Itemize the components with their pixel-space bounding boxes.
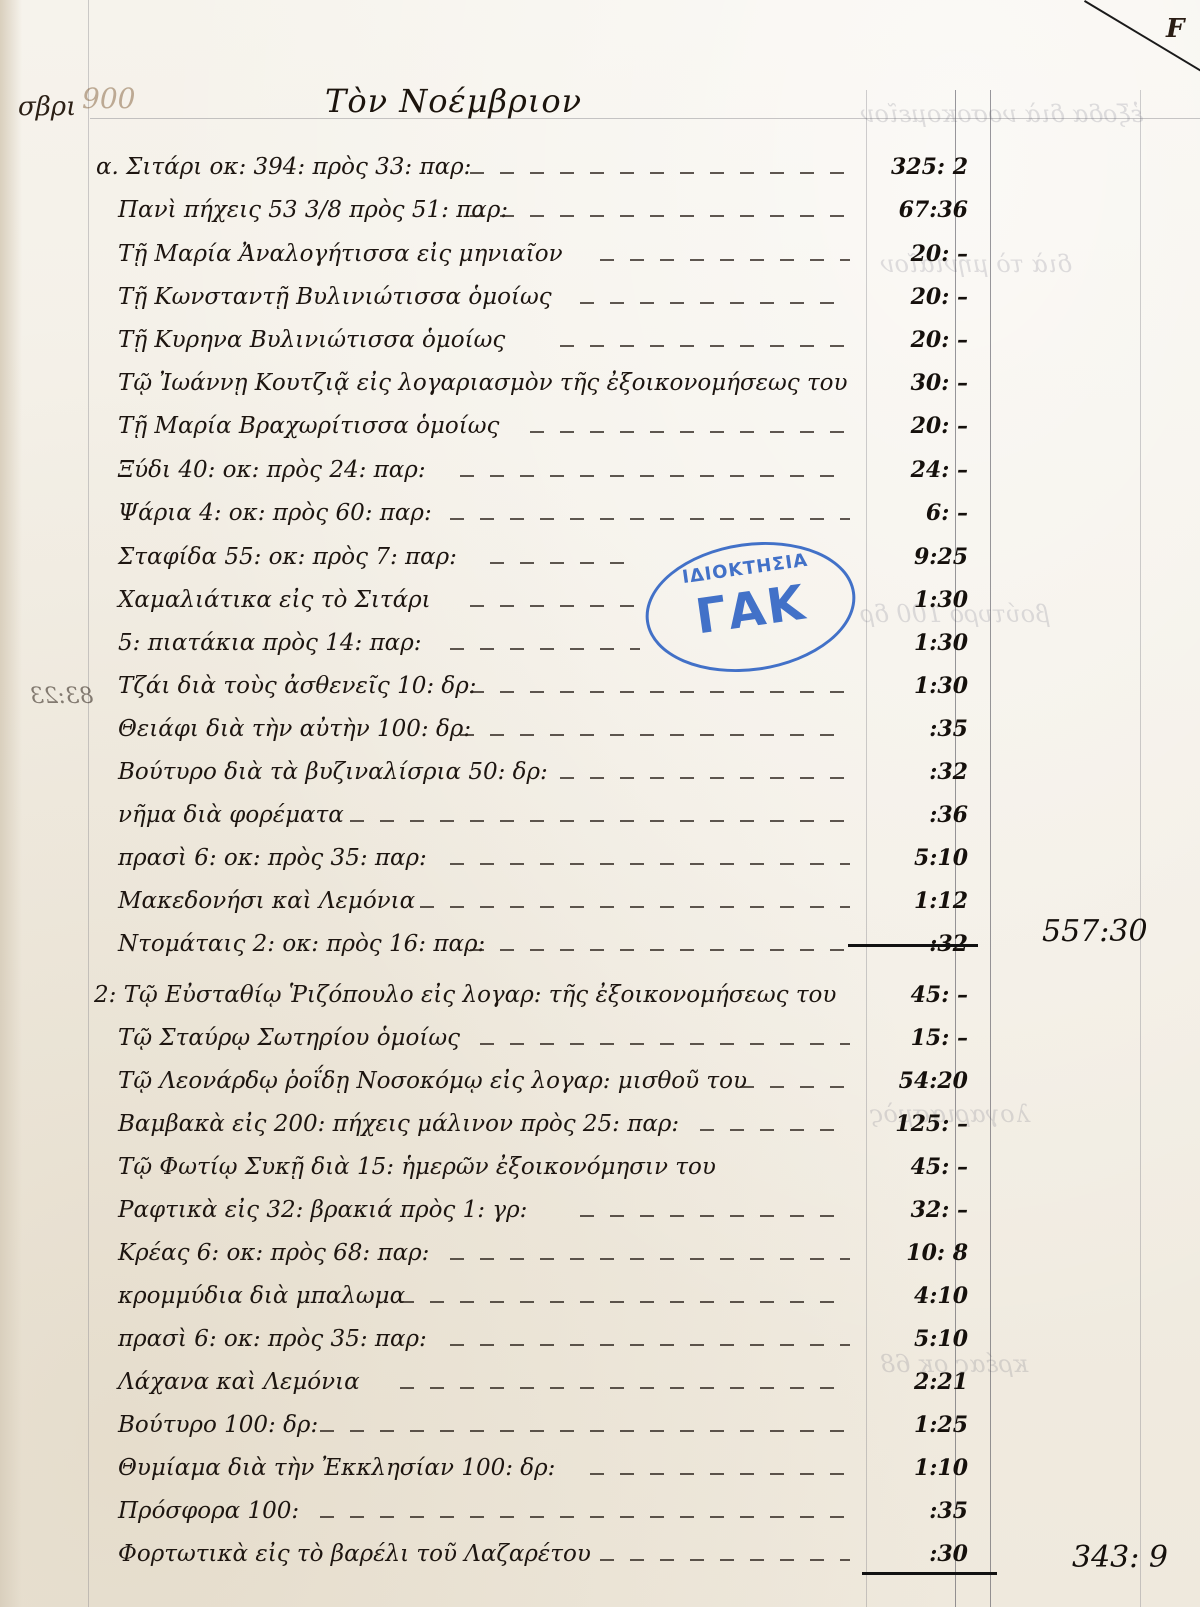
entry-description: πρασὶ 6: οκ: πρὸς 35: παρ: bbox=[118, 1326, 427, 1352]
ledger-row: Τῷ Φωτίῳ Συκῇ διὰ 15: ἡμερῶν ἐξοικονόμησ… bbox=[0, 1152, 1200, 1192]
leader-dashes bbox=[580, 1215, 850, 1217]
ledger-row: Τζάι διὰ τοὺς ἀσθενεῖς 10: δρ: 1:30 bbox=[0, 671, 1200, 711]
ledger-row: α. Σιτάρι οκ: 394: πρὸς 33: παρ: 325: 2 bbox=[0, 152, 1200, 192]
entry-amount: 125: – bbox=[860, 1111, 968, 1137]
ledger-row: Ντομάταις 2: οκ: πρὸς 16: παρ: :32 bbox=[0, 929, 1200, 969]
entry-description: Λάχανα καὶ Λεμόνια bbox=[118, 1369, 360, 1395]
leader-dashes bbox=[560, 777, 850, 779]
leader-dashes bbox=[560, 345, 850, 347]
entry-amount: 20: – bbox=[860, 241, 968, 267]
entry-amount: 45: – bbox=[860, 1154, 968, 1180]
ledger-row: Τῇ Μαρία Βραχωρίτισσα ὁμοίως 20: – bbox=[0, 411, 1200, 451]
leader-dashes bbox=[450, 648, 640, 650]
leader-dashes bbox=[590, 1473, 850, 1475]
entry-description: Κρέας 6: οκ: πρὸς 68: παρ: bbox=[118, 1240, 429, 1266]
entry-description: Πρόσφορα 100: bbox=[118, 1498, 299, 1524]
entry-amount: :32 bbox=[860, 759, 968, 785]
ledger-row: νῆμα διὰ φορέματα :36 bbox=[0, 800, 1200, 840]
leader-dashes bbox=[530, 431, 850, 433]
entry-description: Ψάρια 4: οκ: πρὸς 60: παρ: bbox=[118, 500, 432, 526]
entry-amount: 2:21 bbox=[860, 1369, 968, 1395]
entry-description: Θυμίαμα διὰ τὴν Ἐκκλησίαν 100: δρ: bbox=[118, 1455, 555, 1481]
ledger-row: πρασὶ 6: οκ: πρὸς 35: παρ: 5:10 bbox=[0, 843, 1200, 883]
ledger-row: Βούτυρο 100: δρ: 1:25 bbox=[0, 1410, 1200, 1450]
ledger-row: Σταφίδα 55: οκ: πρὸς 7: παρ: 9:25 bbox=[0, 542, 1200, 582]
section-subtotal: 343: 9 bbox=[1072, 1540, 1168, 1575]
entry-amount: 20: – bbox=[860, 413, 968, 439]
entry-description: Τῷ Λεονάρδῳ ῥοΐδῃ Νοσοκόμῳ εἰς λογαρ: μι… bbox=[118, 1068, 747, 1094]
entry-description: Τῷ Φωτίῳ Συκῇ διὰ 15: ἡμερῶν ἐξοικονόμησ… bbox=[118, 1154, 716, 1180]
entry-amount: 1:10 bbox=[860, 1455, 968, 1481]
ledger-row: κρομμύδια διὰ μπαλωμα 4:10 bbox=[0, 1281, 1200, 1321]
entry-description: Ντομάταις 2: οκ: πρὸς 16: παρ: bbox=[118, 931, 485, 957]
bleed-through-text: ἐξοδα διὰ νοσοκομεῖον bbox=[860, 100, 1144, 128]
entry-amount: 1:25 bbox=[860, 1412, 968, 1438]
ledger-row: Τῷ Λεονάρδῳ ῥοΐδῃ Νοσοκόμῳ εἰς λογαρ: μι… bbox=[0, 1066, 1200, 1106]
entry-amount: 10: 8 bbox=[860, 1240, 968, 1266]
ledger-row: Πρόσφορα 100: :35 bbox=[0, 1496, 1200, 1536]
ledger-row: Χαμαλιάτικα εἰς τὸ Σιτάρι 1:30 bbox=[0, 585, 1200, 625]
entry-description: Βούτυρο διὰ τὰ βυζιναλίσρια 50: δρ: bbox=[118, 759, 548, 785]
leader-dashes bbox=[740, 1086, 850, 1088]
entry-description: Πανὶ πήχεις 53 3/8 πρὸς 51: παρ: bbox=[118, 197, 508, 223]
ledger-row: Μακεδονήσι καὶ Λεμόνια 1:12 bbox=[0, 886, 1200, 926]
ledger-row: Τῷ Ἰωάννῃ Κουτζιᾷ εἰς λογαριασμὸν τῆς ἐξ… bbox=[0, 368, 1200, 408]
entry-amount: 9:25 bbox=[860, 544, 968, 570]
entry-description: κρομμύδια διὰ μπαλωμα bbox=[118, 1283, 405, 1309]
entry-description: α. Σιτάρι οκ: 394: πρὸς 33: παρ: bbox=[96, 154, 471, 180]
entry-description: Βαμβακὰ εἰς 200: πήχεις μάλινον πρὸς 25:… bbox=[118, 1111, 679, 1137]
leader-dashes bbox=[470, 949, 850, 951]
entry-amount: 5:10 bbox=[860, 1326, 968, 1352]
entry-description: 2: Τῷ Εὐσταθίῳ Ῥιζόπουλο εἰς λογαρ: τῆς … bbox=[94, 982, 836, 1008]
leader-dashes bbox=[460, 475, 850, 477]
subtotal-rule bbox=[848, 944, 978, 947]
leader-dashes bbox=[450, 1258, 850, 1260]
ledger-row: Βαμβακὰ εἰς 200: πήχεις μάλινον πρὸς 25:… bbox=[0, 1109, 1200, 1149]
entry-amount: 4:10 bbox=[860, 1283, 968, 1309]
ledger-row: Τῷ Σταύρῳ Σωτηρίου ὁμοίως 15: – bbox=[0, 1023, 1200, 1063]
ledger-row: Τῇ Κυρηνα Βυλινιώτισσα ὁμοίως 20: – bbox=[0, 325, 1200, 365]
section-subtotal: 557:30 bbox=[1042, 914, 1148, 949]
entry-amount: 67:36 bbox=[860, 197, 968, 223]
entry-amount: 1:30 bbox=[860, 587, 968, 613]
entry-description: Σταφίδα 55: οκ: πρὸς 7: παρ: bbox=[118, 544, 457, 570]
ledger-row: 2: Τῷ Εὐσταθίῳ Ῥιζόπουλο εἰς λογαρ: τῆς … bbox=[0, 980, 1200, 1020]
entry-description: Τζάι διὰ τοὺς ἀσθενεῖς 10: δρ: bbox=[118, 673, 477, 699]
entry-amount: :35 bbox=[860, 1498, 968, 1524]
entry-description: 5: πιατάκια πρὸς 14: παρ: bbox=[118, 630, 421, 656]
entry-description: πρασὶ 6: οκ: πρὸς 35: παρ: bbox=[118, 845, 427, 871]
entry-description: Θειάφι διὰ τὴν αὐτὴν 100: δρ: bbox=[118, 716, 471, 742]
leader-dashes bbox=[400, 1387, 850, 1389]
entry-description: Ραφτικὰ εἰς 32: βρακιά πρὸς 1: γρ: bbox=[118, 1197, 527, 1223]
folio-mark: F bbox=[1166, 14, 1184, 44]
entry-amount: :36 bbox=[860, 802, 968, 828]
header-rule bbox=[90, 118, 1200, 119]
entry-amount: 54:20 bbox=[860, 1068, 968, 1094]
entry-description: Τῇ Μαρία Βραχωρίτισσα ὁμοίως bbox=[118, 413, 499, 439]
ledger-row: Ξύδι 40: οκ: πρὸς 24: παρ: 24: – bbox=[0, 455, 1200, 495]
ledger-row: Λάχανα καὶ Λεμόνια 2:21 bbox=[0, 1367, 1200, 1407]
entry-description: Χαμαλιάτικα εἰς τὸ Σιτάρι bbox=[118, 587, 431, 613]
ledger-row: Πανὶ πήχεις 53 3/8 πρὸς 51: παρ: 67:36 bbox=[0, 195, 1200, 235]
ledger-page: ἐξοδα διὰ νοσοκομεῖον διὰ τὸ μηνιαῖον βο… bbox=[0, 0, 1200, 1607]
leader-dashes bbox=[580, 302, 850, 304]
leader-dashes bbox=[420, 906, 850, 908]
margin-number: 900 bbox=[82, 82, 135, 115]
entry-amount: 1:30 bbox=[860, 630, 968, 656]
leader-dashes bbox=[450, 863, 850, 865]
entry-description: Τῷ Σταύρῳ Σωτηρίου ὁμοίως bbox=[118, 1025, 460, 1051]
entry-description: νῆμα διὰ φορέματα bbox=[118, 802, 344, 828]
entry-amount: 45: – bbox=[860, 982, 968, 1008]
leader-dashes bbox=[350, 820, 850, 822]
leader-dashes bbox=[470, 215, 850, 217]
leader-dashes bbox=[470, 605, 640, 607]
ledger-row: Τῇ Μαρία Ἀναλογήτισσα εἰς μηνιαῖον 20: – bbox=[0, 239, 1200, 279]
entry-amount: 325: 2 bbox=[860, 154, 968, 180]
entry-description: Τῷ Ἰωάννῃ Κουτζιᾷ εἰς λογαριασμὸν τῆς ἐξ… bbox=[118, 370, 848, 396]
leader-dashes bbox=[600, 1559, 850, 1561]
entry-description: Τῇ Κυρηνα Βυλινιώτισσα ὁμοίως bbox=[118, 327, 505, 353]
ledger-row: Τῇ Κωνσταντῇ Βυλινιώτισσα ὁμοίως 20: – bbox=[0, 282, 1200, 322]
leader-dashes bbox=[320, 1516, 850, 1518]
leader-dashes bbox=[400, 1301, 850, 1303]
entry-amount: 24: – bbox=[860, 457, 968, 483]
leader-dashes bbox=[450, 518, 850, 520]
entry-amount: 1:30 bbox=[860, 673, 968, 699]
entry-description: Τῇ Μαρία Ἀναλογήτισσα εἰς μηνιαῖον bbox=[118, 241, 563, 267]
ledger-row: Φορτωτικὰ εἰς τὸ βαρέλι τοῦ Λαζαρέτου :3… bbox=[0, 1539, 1200, 1579]
leader-dashes bbox=[320, 1430, 850, 1432]
leader-dashes bbox=[470, 691, 850, 693]
ledger-row: πρασὶ 6: οκ: πρὸς 35: παρ: 5:10 bbox=[0, 1324, 1200, 1364]
entry-amount: 20: – bbox=[860, 327, 968, 353]
entry-amount: 6: – bbox=[860, 500, 968, 526]
entry-amount: 32: – bbox=[860, 1197, 968, 1223]
leader-dashes bbox=[600, 259, 850, 261]
ledger-row: 5: πιατάκια πρὸς 14: παρ: 1:30 bbox=[0, 628, 1200, 668]
entry-description: Μακεδονήσι καὶ Λεμόνια bbox=[118, 888, 415, 914]
entry-amount: 30: – bbox=[860, 370, 968, 396]
entry-description: Ξύδι 40: οκ: πρὸς 24: παρ: bbox=[118, 457, 426, 483]
subtotal-rule bbox=[862, 1572, 997, 1575]
leader-dashes bbox=[470, 172, 850, 174]
entry-amount: :35 bbox=[860, 716, 968, 742]
leader-dashes bbox=[480, 1043, 850, 1045]
entry-description: Φορτωτικὰ εἰς τὸ βαρέλι τοῦ Λαζαρέτου bbox=[118, 1541, 591, 1567]
ledger-row: Θυμίαμα διὰ τὴν Ἐκκλησίαν 100: δρ: 1:10 bbox=[0, 1453, 1200, 1493]
entry-amount: 15: – bbox=[860, 1025, 968, 1051]
entry-amount: 20: – bbox=[860, 284, 968, 310]
entry-description: Βούτυρο 100: δρ: bbox=[118, 1412, 318, 1438]
leader-dashes bbox=[450, 1344, 850, 1346]
entry-amount: :30 bbox=[860, 1541, 968, 1567]
entry-description: Τῇ Κωνσταντῇ Βυλινιώτισσα ὁμοίως bbox=[118, 284, 552, 310]
entry-amount: 5:10 bbox=[860, 845, 968, 871]
ledger-row: Βούτυρο διὰ τὰ βυζιναλίσρια 50: δρ: :32 bbox=[0, 757, 1200, 797]
ledger-row: Ραφτικὰ εἰς 32: βρακιά πρὸς 1: γρ: 32: – bbox=[0, 1195, 1200, 1235]
ledger-row: Κρέας 6: οκ: πρὸς 68: παρ: 10: 8 bbox=[0, 1238, 1200, 1278]
page-title: Τὸν Νοέμβριον bbox=[325, 82, 582, 120]
leader-dashes bbox=[460, 734, 850, 736]
ledger-row: Θειάφι διὰ τὴν αὐτὴν 100: δρ: :35 bbox=[0, 714, 1200, 754]
leader-dashes bbox=[700, 1129, 850, 1131]
margin-note: σβρι bbox=[18, 92, 76, 122]
leader-dashes bbox=[490, 562, 640, 564]
ledger-row: Ψάρια 4: οκ: πρὸς 60: παρ: 6: – bbox=[0, 498, 1200, 538]
entry-amount: 1:12 bbox=[860, 888, 968, 914]
